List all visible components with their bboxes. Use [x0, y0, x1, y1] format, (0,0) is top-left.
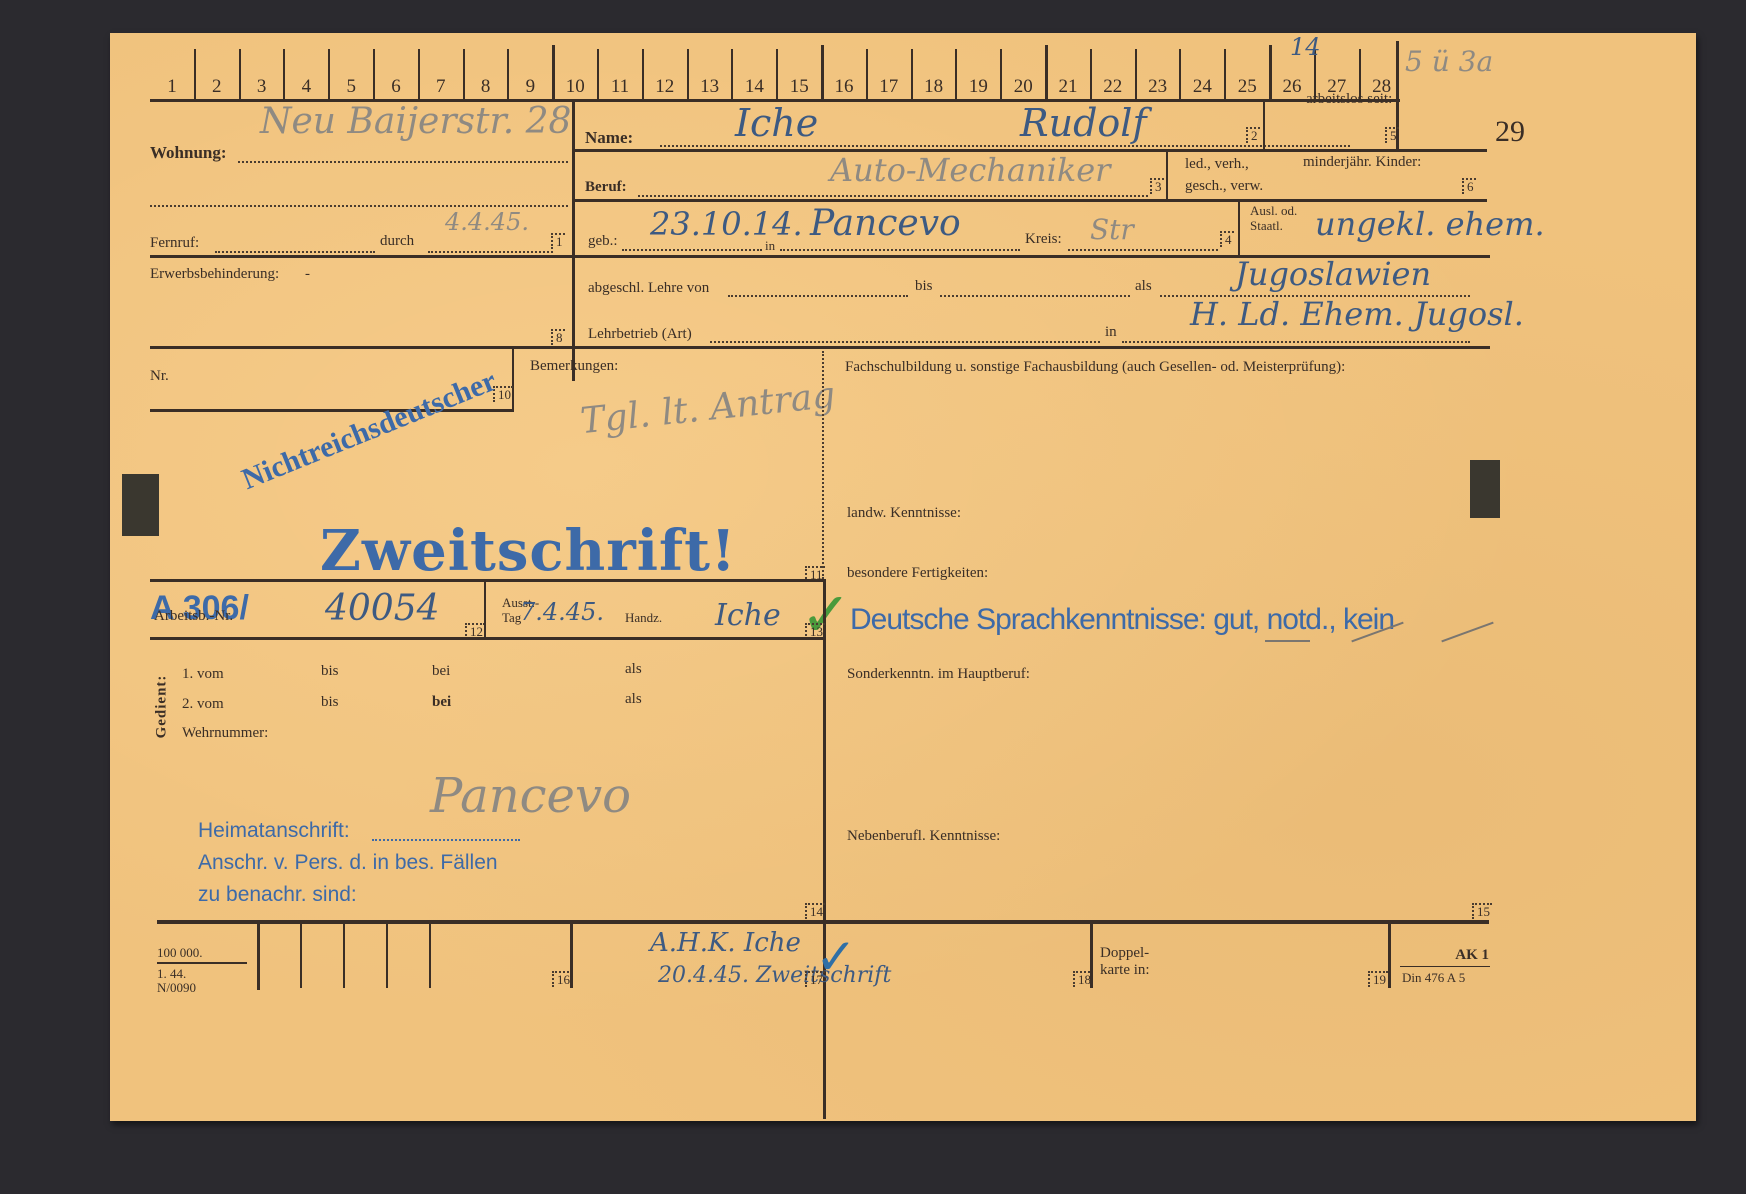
doppelkarte-line1: Doppel- — [1100, 945, 1149, 962]
kreis-label: Kreis: — [1025, 231, 1062, 248]
field-number: 6 — [1462, 178, 1476, 194]
nebenberufl-label: Nebenberufl. Kenntnisse: — [847, 828, 1000, 845]
geb-label: geb.: — [588, 233, 618, 250]
checkmark-icon: ✓ — [815, 928, 857, 986]
column-divider — [1135, 49, 1137, 99]
heimatanschrift-value: Pancevo — [430, 768, 631, 824]
geb-in-label: in — [765, 238, 775, 254]
gedient-row1-bei: bei — [432, 663, 450, 680]
field-number: 19 — [1368, 971, 1388, 987]
underline-gut — [1265, 640, 1310, 642]
field-number: 15 — [1472, 903, 1492, 919]
divider — [150, 637, 826, 640]
heimatanschrift-label: Heimatanschrift: — [198, 819, 350, 843]
bemerkungen-label: Bemerkungen: — [530, 358, 618, 375]
column-number: 16 — [822, 76, 866, 98]
column-divider — [866, 49, 868, 99]
gedient-row2-bei: bei — [432, 694, 451, 711]
fernruf-field[interactable] — [215, 251, 375, 253]
divider — [572, 199, 1487, 202]
column-divider — [194, 49, 196, 99]
column-divider — [283, 49, 285, 99]
column-number: 9 — [508, 76, 552, 98]
erwerbsbehinderung-label: Erwerbsbehinderung: — [150, 266, 279, 283]
lehre-bis-label: bis — [915, 278, 933, 295]
column-number: 20 — [1001, 76, 1045, 98]
divider — [343, 923, 345, 988]
field-number: 2 — [1246, 127, 1260, 143]
firstname-value: Rudolf — [1020, 101, 1147, 145]
name-label: Name: — [585, 128, 633, 148]
column-divider — [1179, 49, 1181, 99]
form-id: AK 1 — [1435, 947, 1489, 964]
column-number: 13 — [688, 76, 732, 98]
column-divider — [821, 45, 824, 99]
column-number: 7 — [419, 76, 463, 98]
divider — [1388, 923, 1391, 988]
staat-label-line2: Staatl. — [1250, 218, 1283, 234]
din-label: Din 476 A 5 — [1402, 970, 1465, 986]
strike-kein — [1441, 622, 1493, 643]
column-number: 3 — [240, 76, 284, 98]
handwritten-note: 14 — [1290, 33, 1321, 61]
geb-place-value: Pancevo — [810, 203, 961, 244]
divider — [1238, 199, 1240, 255]
print-run: 100 000. — [157, 945, 203, 961]
column-divider — [463, 49, 465, 99]
column-divider — [1269, 45, 1272, 99]
landw-label: landw. Kenntnisse: — [847, 505, 961, 522]
divider — [484, 579, 486, 637]
wehrnummer-label: Wehrnummer: — [182, 725, 268, 742]
column-29: 29 — [1440, 115, 1580, 149]
staat-value-line2: Jugoslawien — [1235, 255, 1431, 293]
beruf-value: Auto-Mechaniker — [830, 151, 1110, 189]
field-number: 1 — [551, 233, 565, 249]
divider — [157, 962, 247, 964]
heimatanschrift-line3: zu benachr. sind: — [198, 883, 357, 907]
column-number: 14 — [732, 76, 776, 98]
divider — [572, 99, 575, 381]
surname-value: Iche — [735, 101, 818, 145]
geb-date-value: 23.10.14. — [650, 205, 803, 243]
fernruf-label: Fernruf: — [150, 235, 199, 252]
gedient-row2-vom: 2. vom — [182, 696, 224, 713]
besondere-label: besondere Fertigkeiten: — [847, 565, 988, 582]
column-number: 5 — [329, 76, 373, 98]
divider — [1166, 149, 1168, 199]
column-number: 1 — [150, 76, 194, 98]
staat-value-line1: ungekl. ehem. — [1315, 205, 1545, 243]
geb-date-field[interactable] — [622, 249, 762, 251]
doppelkarte-line2: karte in: — [1100, 962, 1150, 979]
beruf-label: Beruf: — [585, 179, 627, 196]
beruf-field[interactable] — [638, 195, 1148, 197]
divider — [1090, 923, 1093, 988]
gedient-row2-bis: bis — [321, 694, 339, 711]
lehrbetrieb-field[interactable] — [710, 341, 1100, 343]
heimatanschrift-field[interactable] — [372, 839, 520, 841]
divider — [1263, 99, 1265, 149]
lehrbetrieb-in-label: in — [1105, 324, 1117, 341]
column-divider — [552, 45, 555, 99]
column-number: 6 — [374, 76, 418, 98]
field-number: 14 — [805, 903, 825, 919]
gedient-label: Gedient: — [153, 675, 170, 739]
column-divider — [687, 49, 689, 99]
sprachkenntnisse-stamp: Deutsche Sprachkenntnisse: gut, notd., k… — [850, 603, 1394, 637]
column-number: 18 — [912, 76, 956, 98]
handwritten-note: 5 ü 3a — [1405, 45, 1493, 78]
durch-label: durch — [380, 233, 414, 250]
wohnung-field[interactable] — [238, 161, 568, 163]
field-number: 8 — [551, 329, 565, 345]
divider — [150, 579, 826, 582]
arbeitsbuch-label: Arbeitsb.-Nr. — [154, 608, 233, 625]
staat-label-line1: Ausl. od. — [1250, 203, 1297, 219]
gedient-row1-vom: 1. vom — [182, 666, 224, 683]
column-number: 24 — [1180, 76, 1224, 98]
lehre-bis-field[interactable] — [940, 295, 1130, 297]
column-divider — [328, 49, 330, 99]
bemerkungen-value: Tgl. lt. Antrag — [579, 375, 838, 443]
arbeitslos-label: arbeitslos seit: — [1306, 91, 1392, 108]
column-divider — [1224, 49, 1226, 99]
familienstand-line1: led., verh., — [1185, 156, 1249, 173]
employment-record-card: 1234567891011121314151617181920212223242… — [110, 33, 1696, 1121]
divider — [257, 923, 260, 990]
arbeitsbuch-number: 40054 — [325, 588, 440, 629]
column-number: 15 — [777, 76, 821, 98]
stamp-nichtreichsdeutscher: Nichtreichsdeutscher — [237, 364, 501, 497]
handz-label: Handz. — [625, 610, 662, 626]
wohnung-label: Wohnung: — [150, 143, 227, 163]
tag-value: 7.4.45. — [520, 598, 604, 626]
gedient-row1-als: als — [625, 661, 642, 678]
column-divider — [507, 49, 509, 99]
divider — [386, 923, 388, 988]
fachschul-label: Fachschulbildung u. sonstige Fachausbild… — [845, 359, 1345, 376]
name-field[interactable] — [660, 145, 1350, 147]
column-number: 8 — [464, 76, 508, 98]
column-number: 2 — [195, 76, 239, 98]
divider — [1400, 966, 1490, 967]
column-number: 19 — [956, 76, 1000, 98]
column-number: 10 — [553, 76, 597, 98]
divider — [570, 923, 573, 988]
divider — [150, 346, 1490, 349]
wohnung-value: Neu Baijerstr. 28 — [260, 101, 571, 142]
divider — [157, 920, 1489, 924]
field-number: 3 — [1150, 178, 1164, 194]
kreis-field[interactable] — [1068, 249, 1218, 251]
column-divider — [1000, 49, 1002, 99]
gedient-row2-als: als — [625, 691, 642, 708]
column-divider — [955, 49, 957, 99]
column-number: 4 — [284, 76, 328, 98]
column-number: 23 — [1136, 76, 1180, 98]
lehre-label: abgeschl. Lehre von — [588, 280, 709, 297]
heimatanschrift-line2: Anschr. v. Pers. d. in bes. Fällen — [198, 851, 498, 875]
wohnung-field-line2[interactable] — [150, 205, 568, 207]
index-tab-right — [1470, 460, 1500, 518]
handz-value: Iche — [715, 598, 781, 633]
column-divider — [731, 49, 733, 99]
column-divider — [418, 49, 420, 99]
column-number: 25 — [1225, 76, 1269, 98]
divider — [300, 923, 302, 988]
divider — [823, 579, 826, 1119]
stamp-zweitschrift: Zweitschrift! — [320, 518, 737, 584]
durch-field[interactable] — [428, 251, 553, 253]
column-number: 11 — [598, 76, 642, 98]
divider — [429, 923, 431, 988]
lehre-als-label: als — [1135, 278, 1152, 295]
lehre-von-field[interactable] — [728, 295, 908, 297]
field-number: 4 — [1220, 231, 1234, 247]
nr-label: Nr. — [150, 368, 169, 385]
column-number: 17 — [867, 76, 911, 98]
lehrbetrieb-label: Lehrbetrieb (Art) — [588, 326, 692, 343]
divider — [822, 351, 824, 579]
lehrbetrieb-in-field[interactable] — [1122, 341, 1470, 343]
familienstand-line2: gesch., verw. — [1185, 178, 1263, 195]
index-tab-left — [122, 474, 159, 536]
field-number: 16 — [552, 971, 572, 987]
durch-value: 4.4.45. — [445, 208, 529, 236]
column-divider — [1090, 49, 1092, 99]
kinder-label: minderjähr. Kinder: — [1303, 154, 1421, 171]
column-divider — [1045, 45, 1048, 99]
column-divider — [776, 49, 778, 99]
field-number: 5 — [1385, 127, 1399, 143]
column-divider — [597, 49, 599, 99]
column-divider — [911, 49, 913, 99]
column-divider — [373, 49, 375, 99]
column-number: 21 — [1046, 76, 1090, 98]
sonderkenntn-label: Sonderkenntn. im Hauptberuf: — [847, 666, 1030, 683]
erwerbsbehinderung-value: - — [305, 266, 310, 283]
lehrbetrieb-value: H. Ld. Ehem. Jugosl. — [1190, 295, 1524, 333]
bottom-note-line1: A.H.K. Iche — [650, 928, 801, 958]
kreis-value: Str — [1090, 213, 1134, 246]
column-divider — [642, 49, 644, 99]
print-code: N/0090 — [157, 980, 196, 996]
gedient-row1-bis: bis — [321, 663, 339, 680]
geb-place-field[interactable] — [780, 249, 1020, 251]
column-divider — [239, 49, 241, 99]
column-number: 12 — [643, 76, 687, 98]
column-number: 22 — [1091, 76, 1135, 98]
tag-label: Tag — [502, 610, 521, 626]
